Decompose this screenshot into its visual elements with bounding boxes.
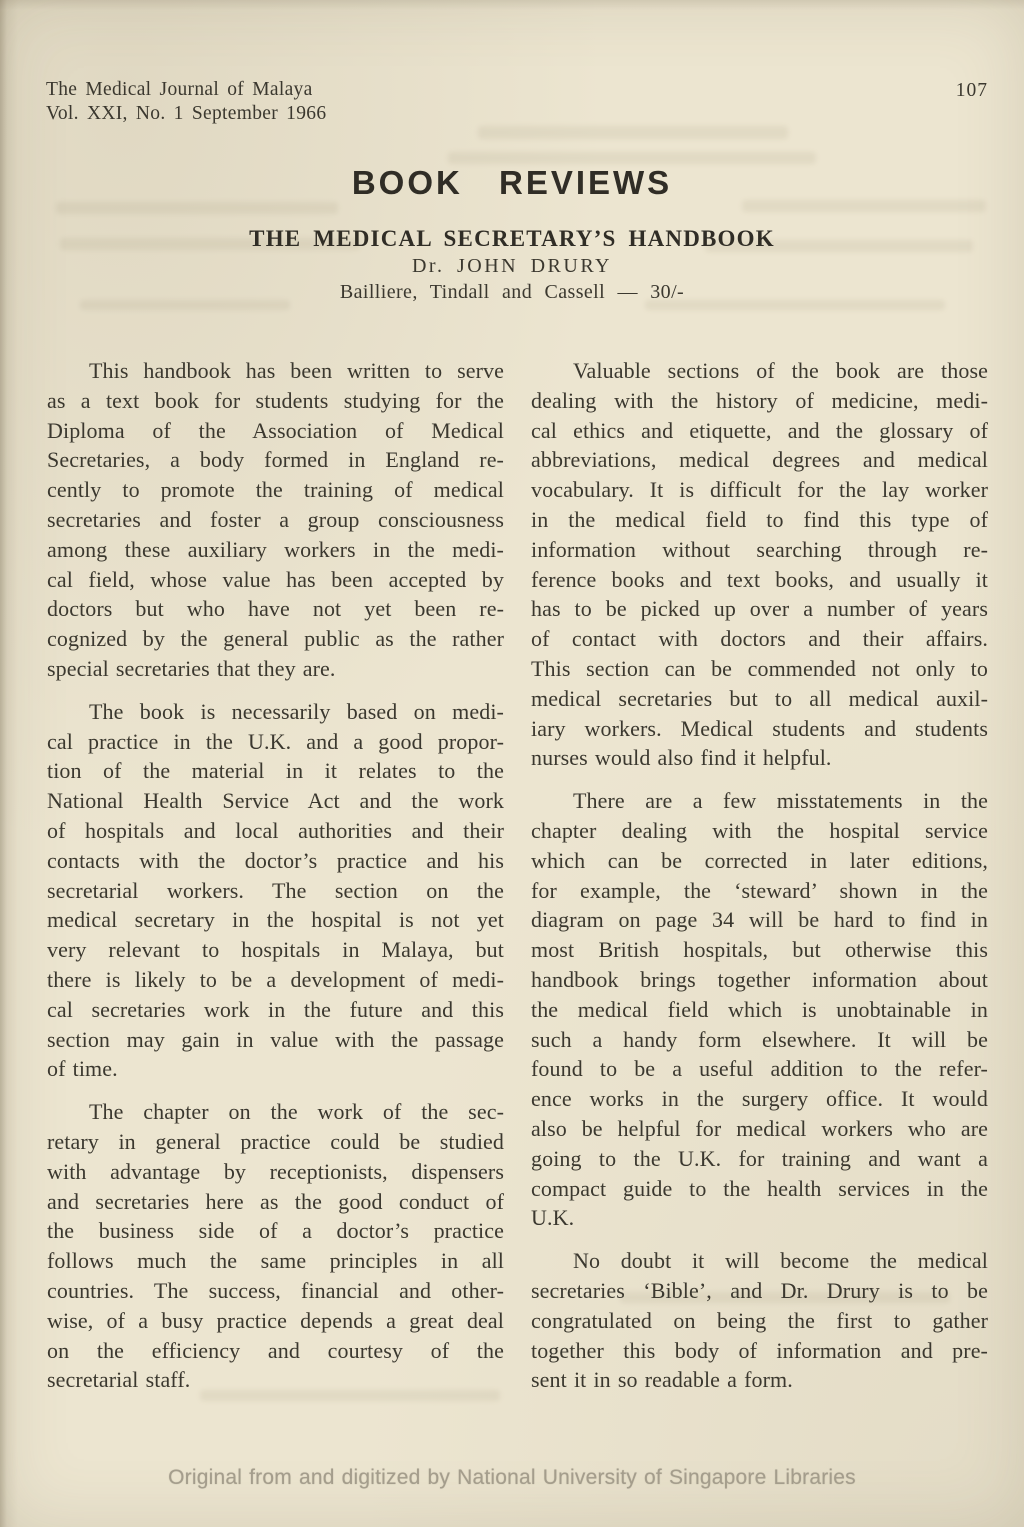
text-line: there is likely to be a development of m… [47,965,504,995]
digitization-footer: Original from and digitized by National … [0,1466,1024,1490]
text-line: cal practice in the U.K. and a good prop… [47,727,504,757]
text-line: on the efficiency and courtesy of the [47,1336,504,1366]
text-line: No doubt it will become the medical [531,1246,988,1276]
text-line: the business side of a doctor’s practice [47,1216,504,1246]
text-line: as a text book for students studying for… [47,386,504,416]
text-line: cently to promote the training of medica… [47,475,504,505]
text-line: abbreviations, medical degrees and medic… [531,445,988,475]
journal-title: The Medical Journal of Malaya [46,78,326,102]
text-line: tion of the material in it relates to th… [47,756,504,786]
left-column: This handbook has been written to servea… [47,356,504,1408]
text-line: secretaries ‘Bible’, and Dr. Drury is to… [531,1276,988,1306]
text-line: vocabulary. It is difficult for the lay … [531,475,988,505]
publisher-price-line: Bailliere, Tindall and Cassell — 30/- [0,281,1024,304]
text-line: and secretaries here as the good conduct… [47,1187,504,1217]
text-line: medical secretary in the hospital is not… [47,905,504,935]
section-title: BOOK REVIEWS [0,164,1024,202]
text-line: the medical field which is unobtainable … [531,995,988,1025]
text-line: section may gain in value with the passa… [47,1025,504,1055]
text-line: very relevant to hospitals in Malaya, bu… [47,935,504,965]
paragraph: Valuable sections of the book are thosed… [531,356,988,773]
masthead: The Medical Journal of Malaya Vol. XXI, … [46,78,326,126]
text-line: of time. [47,1054,504,1084]
text-line: Valuable sections of the book are those [531,356,988,386]
page-number: 107 [956,80,988,102]
paragraph: The book is necessarily based on medi-ca… [47,697,504,1084]
text-line: going to the U.K. for training and want … [531,1144,988,1174]
text-line: congratulated on being the first to gath… [531,1306,988,1336]
text-line: secretaries and foster a group conscious… [47,505,504,535]
text-line: of hospitals and local authorities and t… [47,816,504,846]
text-line: also be helpful for medical workers who … [531,1114,988,1144]
text-line: There are a few misstatements in the [531,786,988,816]
text-line: retary in general practice could be stud… [47,1127,504,1157]
text-line: ence works in the surgery office. It wou… [531,1084,988,1114]
paragraph: This handbook has been written to servea… [47,356,504,684]
text-line: of contact with doctors and their affair… [531,624,988,654]
text-line: cal field, whose value has been accepted… [47,565,504,595]
text-line: handbook brings together information abo… [531,965,988,995]
text-line: secretarial workers. The section on the [47,876,504,906]
text-line: This handbook has been written to serve [47,356,504,386]
show-through-smudge [478,126,788,139]
text-line: U.K. [531,1203,988,1233]
text-line: together this body of information and pr… [531,1336,988,1366]
text-line: chapter dealing with the hospital servic… [531,816,988,846]
paragraph: No doubt it will become the medicalsecre… [531,1246,988,1395]
text-line: ference books and text books, and usuall… [531,565,988,595]
text-line: which can be corrected in later editions… [531,846,988,876]
text-line: Diploma of the Association of Medical [47,416,504,446]
text-line: nurses would also find it helpful. [531,743,988,773]
text-line: dealing with the history of medicine, me… [531,386,988,416]
text-line: sent it in so readable a form. [531,1365,988,1395]
text-line: special secretaries that they are. [47,654,504,684]
text-line: most British hospitals, but otherwise th… [531,935,988,965]
text-line: found to be a useful addition to the ref… [531,1054,988,1084]
text-line: iary workers. Medical students and stude… [531,714,988,744]
text-line: compact guide to the health services in … [531,1174,988,1204]
text-line: cal ethics and etiquette, and the glossa… [531,416,988,446]
paragraph: There are a few misstatements in thechap… [531,786,988,1233]
text-line: has to be picked up over a number of yea… [531,594,988,624]
text-line: in the medical field to find this type o… [531,505,988,535]
text-line: cal secretaries work in the future and t… [47,995,504,1025]
text-line: wise, of a busy practice depends a great… [47,1306,504,1336]
text-line: information without searching through re… [531,535,988,565]
book-author: Dr. JOHN DRURY [0,255,1024,278]
text-line: contacts with the doctor’s practice and … [47,846,504,876]
text-line: National Health Service Act and the work [47,786,504,816]
text-line: This section can be commended not only t… [531,654,988,684]
text-line: with advantage by receptionists, dispens… [47,1157,504,1187]
text-line: Secretaries, a body formed in England re… [47,445,504,475]
show-through-smudge [448,152,816,164]
paragraph: The chapter on the work of the sec-retar… [47,1097,504,1395]
text-line: secretarial staff. [47,1365,504,1395]
text-line: such a handy form elsewhere. It will be [531,1025,988,1055]
text-line: follows much the same principles in all [47,1246,504,1276]
text-line: cognized by the general public as the ra… [47,624,504,654]
text-line: for example, the ‘steward’ shown in the [531,876,988,906]
text-line: doctors but who have not yet been re- [47,594,504,624]
text-line: medical secretaries but to all medical a… [531,684,988,714]
journal-issue: Vol. XXI, No. 1 September 1966 [46,102,326,126]
text-line: The chapter on the work of the sec- [47,1097,504,1127]
journal-page: The Medical Journal of Malaya Vol. XXI, … [0,0,1024,1527]
text-line: diagram on page 34 will be hard to find … [531,905,988,935]
show-through-smudge [56,202,338,214]
review-body: This handbook has been written to servea… [47,356,988,1408]
text-line: countries. The success, financial and ot… [47,1276,504,1306]
text-line: The book is necessarily based on medi- [47,697,504,727]
right-column: Valuable sections of the book are thosed… [531,356,988,1408]
text-line: among these auxiliary workers in the med… [47,535,504,565]
book-title: THE MEDICAL SECRETARY’S HANDBOOK [0,226,1024,252]
